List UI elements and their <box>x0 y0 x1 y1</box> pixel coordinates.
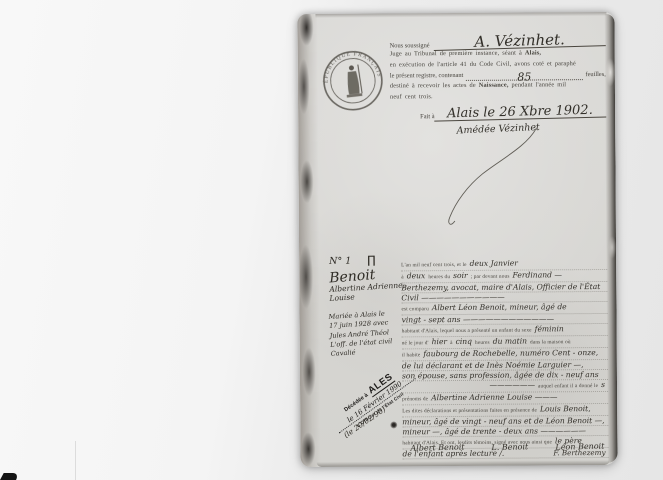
page-bottom-edge <box>317 460 610 467</box>
ink-blot <box>390 421 397 428</box>
act-text-segment: faubourg de Rochebelle, numéro Cent - on… <box>423 348 598 358</box>
act-text-segment: Ferdinand — <box>512 270 562 279</box>
register-page: RÉPUBLIQUE FRANÇAISE Nous soussigné A. V… <box>297 12 617 467</box>
signature-name: L. Benoit <box>492 442 529 452</box>
signature-name: Léon Benoit <box>555 442 604 452</box>
signatures-row: Albert Benoit L. Benoit Léon Benoit <box>402 440 608 452</box>
signature-name: Albert Benoit <box>410 442 464 452</box>
act-text-segment: hier <box>432 337 448 346</box>
fait-label: Fait à <box>420 113 434 120</box>
act-text-segment: L'an mil neuf cent trois, et le <box>401 261 467 270</box>
witness-signatures: Albert Benoit L. Benoit Léon Benoit <box>402 440 608 452</box>
act-text-segment: auquel enfant il a donné le <box>538 382 598 391</box>
judge-signature: Amédée Vézinhet <box>390 119 606 139</box>
birth-act-body: L'an mil neuf cent trois, et ledeux Janv… <box>401 258 608 459</box>
act-text-segment: soir <box>453 271 468 280</box>
fait-date-handwritten: Alais le 26 Xbre 1902. <box>434 104 606 121</box>
act-text-segment: deux <box>407 271 426 280</box>
page-top-edge <box>315 12 606 18</box>
act-text-segment: mineur, âgé de vingt - neuf ans et de Lé… <box>402 416 604 426</box>
act-text-segment: cinq <box>456 337 472 346</box>
header-line-soussigne: Nous soussigné A. Vézinhet. <box>390 34 606 50</box>
register-header: Nous soussigné A. Vézinhet. Juge au Trib… <box>390 34 607 135</box>
destine-text: destiné à recevoir les actes de <box>390 82 476 90</box>
header-line-contenant: le présent registre, contenant 85 feuill… <box>390 70 606 82</box>
header-line-article: en exécution de l'article 41 du Code Civ… <box>390 59 606 71</box>
act-text-segment: de lui déclarant et de Inès Noémie Largu… <box>402 360 584 370</box>
act-number: N° 1 <box>329 256 351 267</box>
act-text-segment: vingt - sept ans ———————————— <box>402 314 555 324</box>
act-text-segment: dans la maison où <box>530 338 571 347</box>
act-text-segment: à <box>401 273 404 282</box>
act-margin-notes: N° 1 ∏ Benoit Albertine Adrienne, Louise… <box>329 253 406 357</box>
header-line-fait: Fait à Alais le 26 Xbre 1902. <box>390 106 606 121</box>
photo-corner-mark <box>0 473 20 480</box>
seal-figure-head <box>349 65 354 70</box>
act-text-segment: s <box>601 380 605 389</box>
act-text-segment: du matin <box>493 337 527 346</box>
act-text-segment: heures <box>475 339 490 348</box>
naissance-bold: Naissance, <box>479 82 509 89</box>
republique-francaise-seal-icon: RÉPUBLIQUE FRANÇAISE <box>319 46 388 115</box>
juge-text: Juge au Tribunal de première instance, s… <box>390 50 522 58</box>
act-text-segment: féminin <box>535 324 564 333</box>
annee-text: pendant l'année mil <box>512 82 567 89</box>
act-text-segment: prénoms de <box>402 395 428 404</box>
act-text-segment: ; par devant nous <box>471 273 510 282</box>
marriage-margin-note: Mariée à Alais le17 juin 1928 avecJules … <box>328 309 407 360</box>
contenant-label: le présent registre, contenant <box>390 71 464 82</box>
feuilles-label: feuilles, <box>585 70 605 81</box>
act-text-segment: Louis Benoit, <box>540 404 591 413</box>
act-text-segment: il habite <box>402 351 421 360</box>
act-text-segment: Civil ——————————— <box>401 293 504 303</box>
act-text-segment: Albertine Adrienne Louise ——— <box>431 392 557 402</box>
film-edge-line <box>75 441 76 480</box>
flourish-stroke <box>448 128 537 224</box>
binding-edge <box>297 14 320 467</box>
act-text-segment: à <box>450 339 453 348</box>
act-text-segment: Berthezemy, avocat, maire d'Alais, Offic… <box>401 282 600 292</box>
act-text-segment: —————— <box>489 380 535 389</box>
act-text-segment: mineur —, âgé de trente - deux ans —————… <box>402 426 586 436</box>
header-line-annee: neuf cent trois. <box>390 91 606 103</box>
act-text-segment: est comparu <box>401 305 428 314</box>
paraph-mark: ∏ <box>367 254 375 267</box>
act-text-segment: Albert Léon Benoit, mineur, âgé de <box>432 302 567 312</box>
seal-figure-body <box>346 71 360 95</box>
act-text-segment: né le jour d' <box>402 339 429 348</box>
act-text-segment: habitant d'Alais, lequel nous a présenté… <box>402 326 532 336</box>
act-text-segment: deux Janvier <box>470 259 518 268</box>
scanned-register-photo: RÉPUBLIQUE FRANÇAISE Nous soussigné A. V… <box>0 0 663 480</box>
city-bold: Alais, <box>525 49 541 56</box>
act-text-segment: heures du <box>428 273 450 282</box>
act-text-segment: son épouse, sans profession, âgée de dix… <box>402 370 599 380</box>
act-text-segment: Les dites déclarations et présentations … <box>402 406 537 416</box>
